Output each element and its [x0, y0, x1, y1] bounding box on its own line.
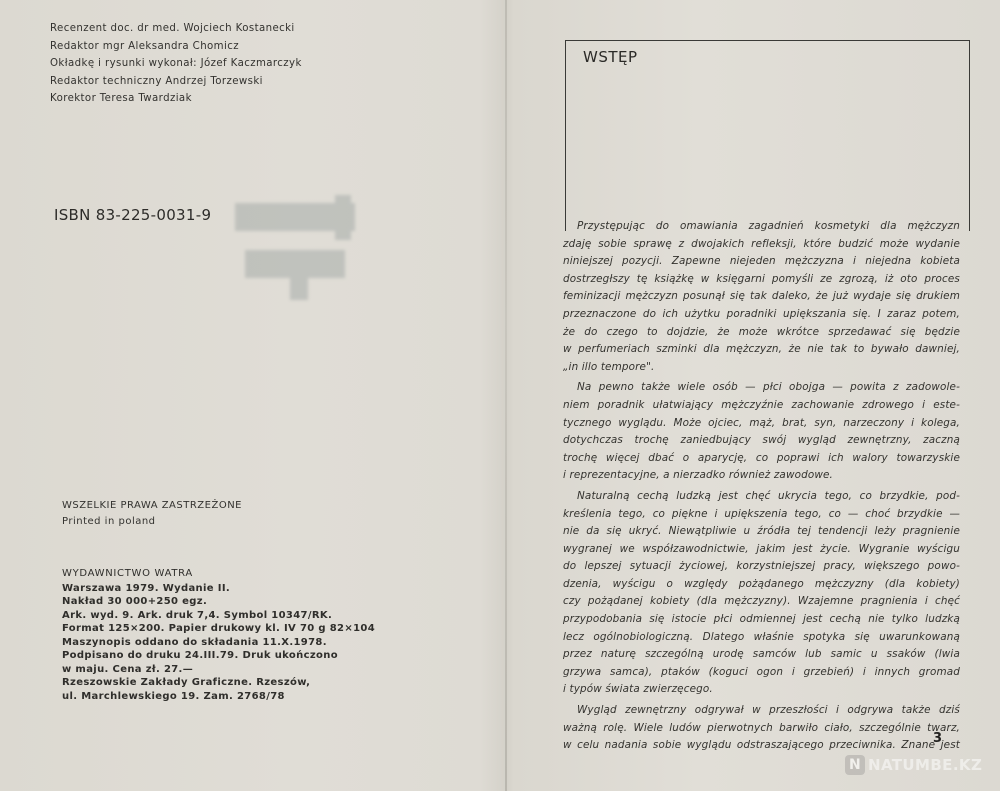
imprint-line: Nakład 30 000+250 egz.: [62, 595, 375, 609]
body-line: wygranej we współzawodnictwie, jakim jes…: [563, 541, 960, 559]
book-gutter: [505, 0, 507, 791]
body-line: grzywa samca), ptaków (koguci ogon i grz…: [563, 664, 960, 682]
body-line: niem poradnik ułatwiający mężczyźnie zac…: [563, 397, 960, 415]
body-line: lecz ogólnobiologiczną. Dlatego właśnie …: [563, 629, 960, 647]
imprint-line: Format 125×200. Papier drukowy kl. IV 70…: [62, 622, 375, 636]
body-line: ważną rolę. Wiele ludów pierwotnych barw…: [563, 720, 960, 738]
imprint-line: Rzeszowskie Zakłady Graficzne. Rzeszów,: [62, 676, 375, 690]
credit-line: Okładkę i rysunki wykonał: Józef Kaczmar…: [50, 55, 302, 73]
body-paragraph: Naturalną cechą ludzką jest chęć ukrycia…: [563, 488, 960, 699]
credit-line: Recenzent doc. dr med. Wojciech Kostanec…: [50, 20, 302, 38]
imprint: WYDAWNICTWO WATRA Warszawa 1979. Wydanie…: [62, 567, 375, 703]
credit-line: Korektor Teresa Twardziak: [50, 90, 302, 108]
credit-line: Redaktor mgr Aleksandra Chomicz: [50, 38, 302, 56]
body-line: do lepszej sytuacji życiowej, korzystnie…: [563, 558, 960, 576]
page-number: 3: [933, 731, 942, 746]
body-line: dzenia, wyścigu o względy pożądanego męż…: [563, 576, 960, 594]
body-line: Przystępując do omawiania zagadnień kosm…: [563, 218, 960, 236]
chapter-title: WSTĘP: [583, 48, 638, 66]
imprint-line: Maszynopis oddano do składania 11.X.1978…: [62, 636, 375, 650]
body-line: zdaję sobie sprawę z dwojakich refleksji…: [563, 236, 960, 254]
body-paragraph: Na pewno także wiele osób — płci obojga …: [563, 379, 960, 485]
watermark-logo-icon: N: [845, 755, 865, 775]
printed-in: Printed in poland: [62, 514, 242, 530]
body-line: kreślenia tego, co piękne i upiększenia …: [563, 506, 960, 524]
body-line: że do czego to dojdzie, że może wkrótce …: [563, 324, 960, 342]
chapter-frame: [565, 40, 970, 231]
editorial-credits: Recenzent doc. dr med. Wojciech Kostanec…: [50, 20, 302, 108]
body-line: przypodobania się istocie płci odmiennej…: [563, 611, 960, 629]
body-line: nie da się ukryć. Niewątpliwie u źródła …: [563, 523, 960, 541]
body-line: trochę więcej dbać o aparycję, co popraw…: [563, 450, 960, 468]
body-line: dotychczas trochę zaniedbujący swój wygl…: [563, 432, 960, 450]
watermark-text: NATUMBE.KZ: [868, 756, 982, 774]
body-line: przeznaczone do ich użytku poradniki upi…: [563, 306, 960, 324]
left-page: Recenzent doc. dr med. Wojciech Kostanec…: [0, 0, 505, 791]
publisher-name: WYDAWNICTWO WATRA: [62, 567, 375, 581]
imprint-line: w maju. Cena zł. 27.—: [62, 663, 375, 677]
body-line: i typów świata zwierzęcego.: [563, 681, 960, 699]
body-line: dostrzegłszy tę książkę w księgarni pomy…: [563, 271, 960, 289]
credit-line: Redaktor techniczny Andrzej Torzewski: [50, 73, 302, 91]
rights-notice: WSZELKIE PRAWA ZASTRZEŻONE Printed in po…: [62, 498, 242, 530]
imprint-line: Warszawa 1979. Wydanie II.: [62, 582, 375, 596]
imprint-line: Ark. wyd. 9. Ark. druk 7,4. Symbol 10347…: [62, 609, 375, 623]
body-line: Na pewno także wiele osób — płci obojga …: [563, 379, 960, 397]
book-spread: Recenzent doc. dr med. Wojciech Kostanec…: [0, 0, 1000, 791]
body-line: niniejszej pozycji. Zapewne niejeden męż…: [563, 253, 960, 271]
bleed-through-title: [235, 195, 375, 305]
body-line: tycznego wyglądu. Może ojciec, mąż, brat…: [563, 415, 960, 433]
watermark: N NATUMBE.KZ: [845, 755, 982, 775]
body-line: w celu nadania sobie wyglądu odstraszają…: [563, 737, 960, 755]
chapter-body: Przystępując do omawiania zagadnień kosm…: [563, 218, 960, 755]
body-line: Wygląd zewnętrzny odgrywał w przeszłości…: [563, 702, 960, 720]
body-line: feminizacji mężczyzn posunął się tak dal…: [563, 288, 960, 306]
body-line: w perfumeriach szminki dla mężczyzn, że …: [563, 341, 960, 359]
body-line: „in illo tempore".: [563, 359, 960, 377]
body-line: Naturalną cechą ludzką jest chęć ukrycia…: [563, 488, 960, 506]
body-paragraph: Przystępując do omawiania zagadnień kosm…: [563, 218, 960, 376]
body-line: przez naturę szczególną urodę samców lub…: [563, 646, 960, 664]
body-line: i reprezentacyjne, a nierzadko również z…: [563, 467, 960, 485]
imprint-line: ul. Marchlewskiego 19. Zam. 2768/78: [62, 690, 375, 704]
body-paragraph: Wygląd zewnętrzny odgrywał w przeszłości…: [563, 702, 960, 755]
imprint-line: Podpisano do druku 24.III.79. Druk ukońc…: [62, 649, 375, 663]
rights-reserved: WSZELKIE PRAWA ZASTRZEŻONE: [62, 498, 242, 514]
isbn: ISBN 83-225-0031-9: [54, 206, 211, 224]
body-line: czy pożądanej kobiety (dla mężczyzny). W…: [563, 593, 960, 611]
